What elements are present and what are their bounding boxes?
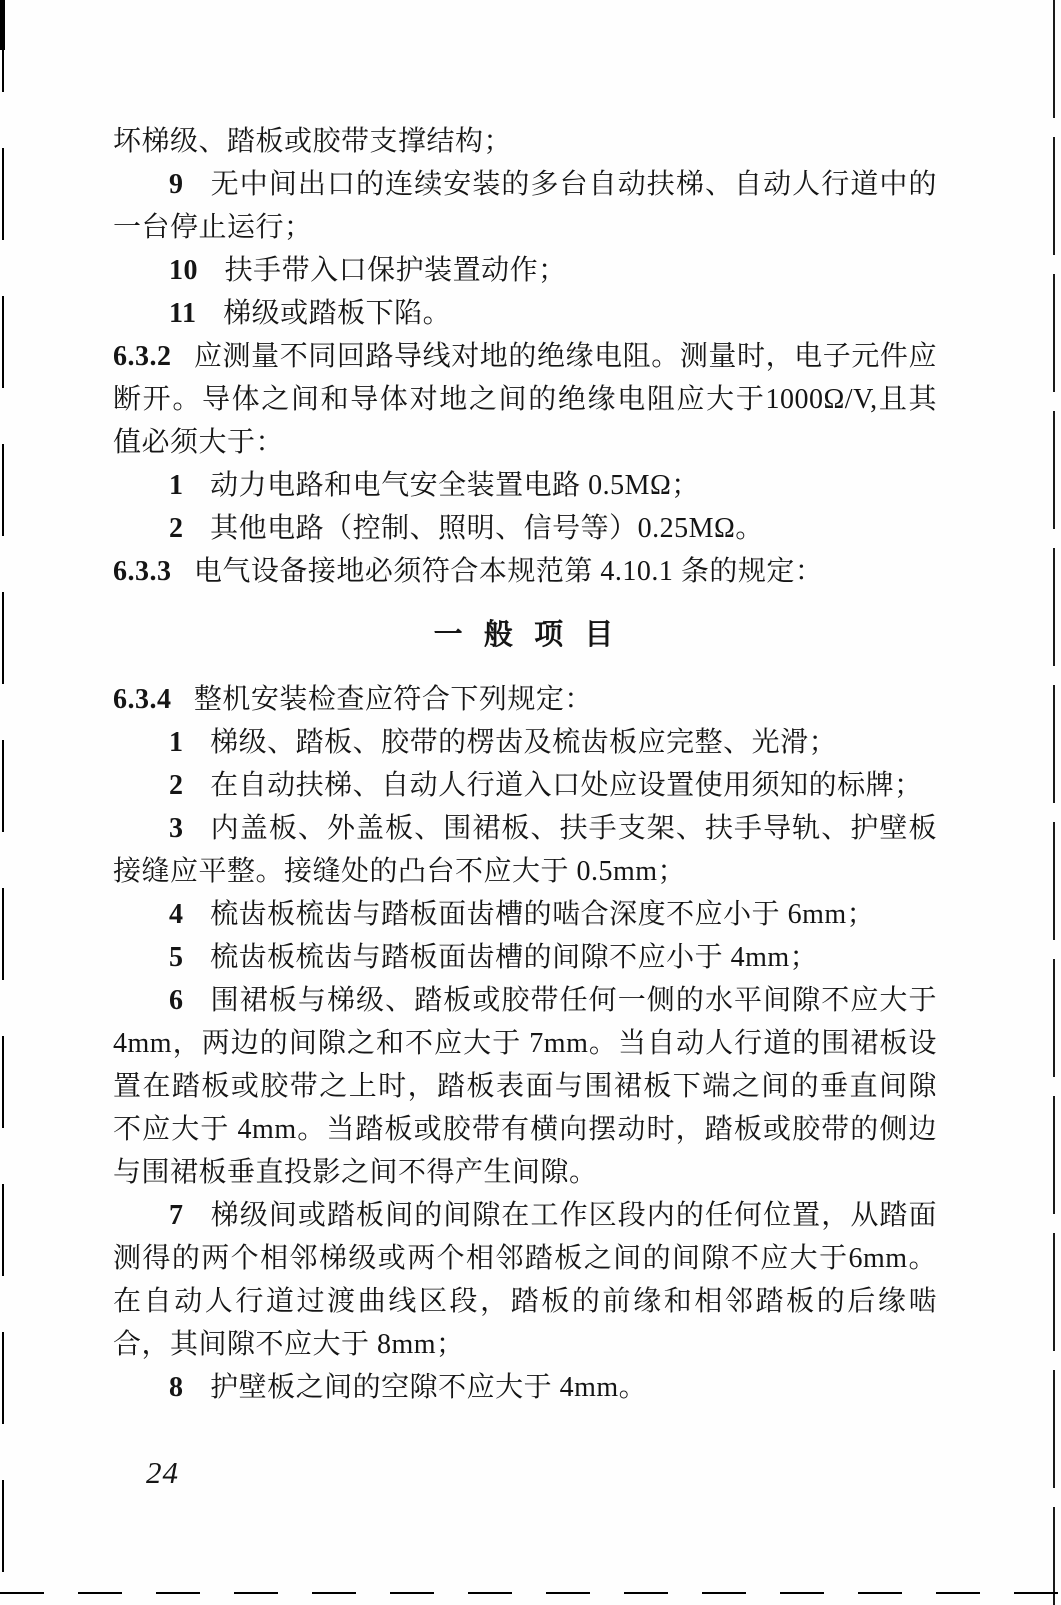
list-item-5: 5梳齿板梳齿与踏板面齿槽的间隙不应小于 4mm； — [113, 936, 937, 979]
text-column: 坏梯级、踏板或胶带支撑结构； 9无中间出口的连续安装的多台自动扶梯、自动人行道中… — [113, 120, 937, 1409]
list-item-9: 9无中间出口的连续安装的多台自动扶梯、自动人行道中的一台停止运行； — [113, 163, 937, 249]
list-item-1: 1梯级、踏板、胶带的楞齿及梳齿板应完整、光滑； — [113, 721, 937, 764]
item-number: 9 — [169, 169, 184, 200]
paragraph-text: 坏梯级、踏板或胶带支撑结构； — [113, 126, 512, 157]
item-number: 10 — [169, 255, 198, 286]
scan-artifact-bottom-dashes — [0, 1592, 1061, 1594]
scanned-document-page: 坏梯级、踏板或胶带支撑结构； 9无中间出口的连续安装的多台自动扶梯、自动人行道中… — [0, 0, 1061, 1605]
clause-text: 应测量不同回路导线对地的绝缘电阻。测量时，电子元件应断开。导体之间和导体对地之间… — [113, 341, 937, 458]
clause-text: 整机安装检查应符合下列规定： — [194, 684, 593, 715]
item-number: 11 — [169, 298, 196, 329]
page-number: 24 — [146, 1455, 179, 1491]
item-number: 1 — [169, 727, 184, 758]
item-text: 梯级、踏板、胶带的楞齿及梳齿板应完整、光滑； — [210, 727, 837, 758]
item-text: 梳齿板梳齿与踏板面齿槽的间隙不应小于 4mm； — [210, 942, 818, 973]
scan-artifact-left-edge-line — [2, 0, 4, 1605]
list-item-10: 10扶手带入口保护装置动作； — [113, 249, 937, 292]
clause-6-3-3: 6.3.3电气设备接地必须符合本规范第 4.10.1 条的规定： — [113, 550, 937, 593]
scan-artifact-right-edge-line — [1053, 0, 1055, 1605]
clause-6-3-2: 6.3.2应测量不同回路导线对地的绝缘电阻。测量时，电子元件应断开。导体之间和导… — [113, 335, 937, 464]
item-number: 2 — [169, 770, 184, 801]
item-number: 7 — [169, 1200, 184, 1231]
item-text: 内盖板、外盖板、围裙板、扶手支架、扶手导轨、护壁板接缝应平整。接缝处的凸台不应大… — [113, 813, 937, 887]
list-item-3: 3内盖板、外盖板、围裙板、扶手支架、扶手导轨、护壁板接缝应平整。接缝处的凸台不应… — [113, 807, 937, 893]
item-text: 动力电路和电气安全装置电路 0.5MΩ； — [210, 470, 700, 501]
list-item-8: 8护壁板之间的空隙不应大于 4mm。 — [113, 1366, 937, 1409]
item-text: 扶手带入口保护装置动作； — [225, 255, 567, 286]
clause-number: 6.3.3 — [113, 556, 172, 587]
clause-number: 6.3.2 — [113, 341, 172, 372]
list-item-2: 2在自动扶梯、自动人行道入口处应设置使用须知的标牌； — [113, 764, 937, 807]
list-item-7: 7梯级间或踏板间的间隙在工作区段内的任何位置，从踏面测得的两个相邻梯级或两个相邻… — [113, 1194, 937, 1366]
item-text: 在自动扶梯、自动人行道入口处应设置使用须知的标牌； — [210, 770, 923, 801]
item-number: 6 — [169, 985, 184, 1016]
clause-text: 电气设备接地必须符合本规范第 4.10.1 条的规定： — [194, 556, 824, 587]
item-text: 梳齿板梳齿与踏板面齿槽的啮合深度不应小于 6mm； — [210, 899, 875, 930]
item-number: 5 — [169, 942, 184, 973]
clause-number: 6.3.4 — [113, 684, 172, 715]
item-text: 梯级或踏板下陷。 — [223, 298, 451, 329]
list-item-1: 1动力电路和电气安全装置电路 0.5MΩ； — [113, 464, 937, 507]
list-item-4: 4梳齿板梳齿与踏板面齿槽的啮合深度不应小于 6mm； — [113, 893, 937, 936]
item-text: 其他电路（控制、照明、信号等）0.25MΩ。 — [210, 513, 764, 544]
item-number: 3 — [169, 813, 184, 844]
item-number: 2 — [169, 513, 184, 544]
paragraph-overflow-line: 坏梯级、踏板或胶带支撑结构； — [113, 120, 937, 163]
item-number: 1 — [169, 470, 184, 501]
list-item-6: 6围裙板与梯级、踏板或胶带任何一侧的水平间隙不应大于 4mm，两边的间隙之和不应… — [113, 979, 937, 1194]
item-number: 4 — [169, 899, 184, 930]
item-text: 无中间出口的连续安装的多台自动扶梯、自动人行道中的一台停止运行； — [113, 169, 937, 243]
item-text: 护壁板之间的空隙不应大于 4mm。 — [210, 1372, 647, 1403]
item-text: 围裙板与梯级、踏板或胶带任何一侧的水平间隙不应大于 4mm，两边的间隙之和不应大… — [113, 985, 937, 1188]
item-text: 梯级间或踏板间的间隙在工作区段内的任何位置，从踏面测得的两个相邻梯级或两个相邻踏… — [113, 1200, 937, 1360]
clause-6-3-4: 6.3.4整机安装检查应符合下列规定： — [113, 678, 937, 721]
subsection-heading-general-items: 一 般 项 目 — [113, 614, 937, 657]
item-number: 8 — [169, 1372, 184, 1403]
list-item-2: 2其他电路（控制、照明、信号等）0.25MΩ。 — [113, 507, 937, 550]
list-item-11: 11梯级或踏板下陷。 — [113, 292, 937, 335]
